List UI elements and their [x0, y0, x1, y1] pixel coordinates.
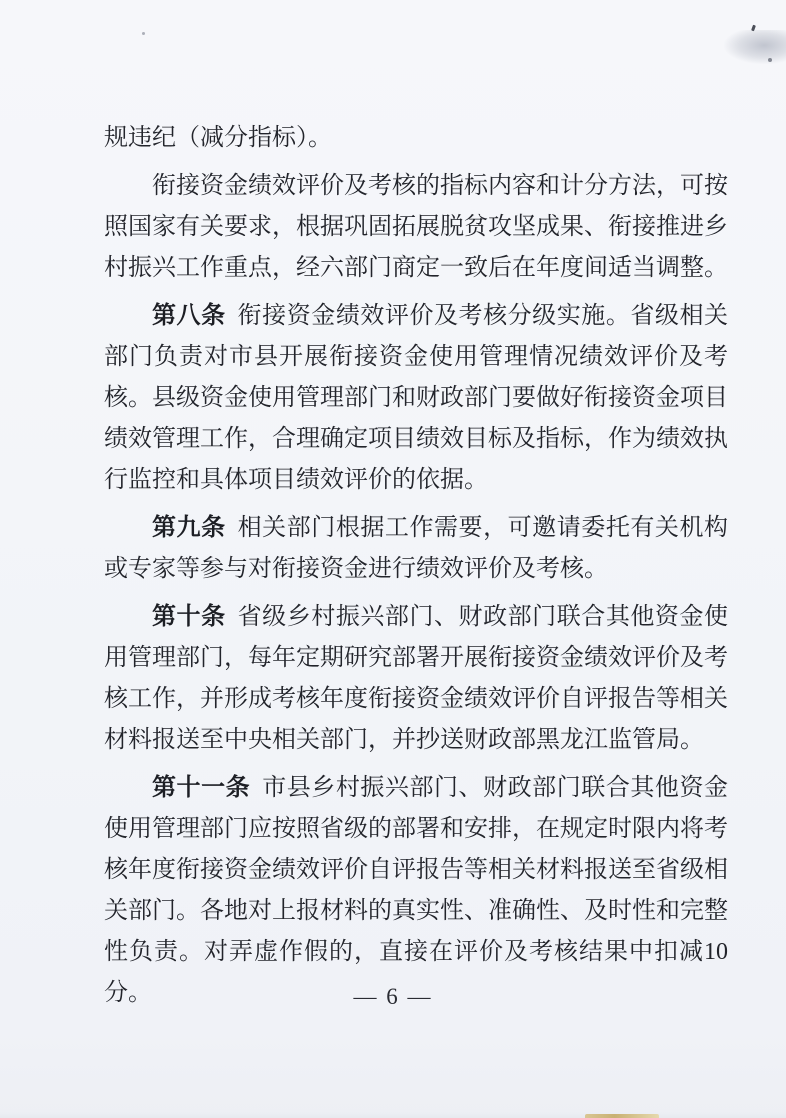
article-8-term: 第八条 — [152, 303, 226, 329]
paragraph-text: 衔接资金绩效评价及考核分级实施。省级相关部门负责对市县开展衔接资金使用管理情况绩… — [104, 303, 728, 493]
paragraph-text: 市县乡村振兴部门、财政部门联合其他资金使用管理部门应按照省级的部署和安排，在规定… — [104, 775, 728, 1006]
paragraph-article-8: 第八条衔接资金绩效评价及考核分级实施。省级相关部门负责对市县开展衔接资金使用管理… — [104, 296, 728, 501]
article-11-term: 第十一条 — [152, 775, 250, 801]
paragraph-text: 衔接资金绩效评价及考核的指标内容和计分方法，可按照国家有关要求，根据巩固拓展脱贫… — [104, 173, 728, 281]
paragraph-text: 规违纪（减分指标）。 — [104, 125, 332, 151]
scan-sliver-artifact — [585, 1114, 659, 1118]
paragraph-continuation: 规违纪（减分指标）。 — [104, 118, 728, 159]
paragraph-article-11: 第十一条市县乡村振兴部门、财政部门联合其他资金使用管理部门应按照省级的部署和安排… — [104, 768, 728, 1014]
paragraph-indicator-adjustment: 衔接资金绩效评价及考核的指标内容和计分方法，可按照国家有关要求，根据巩固拓展脱贫… — [104, 166, 728, 289]
article-10-term: 第十条 — [152, 604, 226, 630]
document-body: 规违纪（减分指标）。 衔接资金绩效评价及考核的指标内容和计分方法，可按照国家有关… — [104, 118, 728, 1021]
paragraph-article-10: 第十条省级乡村振兴部门、财政部门联合其他资金使用管理部门，每年定期研究部署开展衔… — [104, 597, 728, 761]
article-9-term: 第九条 — [152, 515, 226, 541]
scanned-document-page: 规违纪（减分指标）。 衔接资金绩效评价及考核的指标内容和计分方法，可按照国家有关… — [0, 0, 786, 1118]
page-number: — 6 — — [0, 984, 786, 1010]
scan-smudge-artifact — [724, 30, 786, 64]
paper-bottom-edge — [0, 1112, 786, 1118]
scan-speck-artifact — [768, 58, 772, 62]
scan-speck-artifact — [142, 32, 145, 35]
paragraph-article-9: 第九条相关部门根据工作需要，可邀请委托有关机构或专家等参与对衔接资金进行绩效评价… — [104, 508, 728, 590]
